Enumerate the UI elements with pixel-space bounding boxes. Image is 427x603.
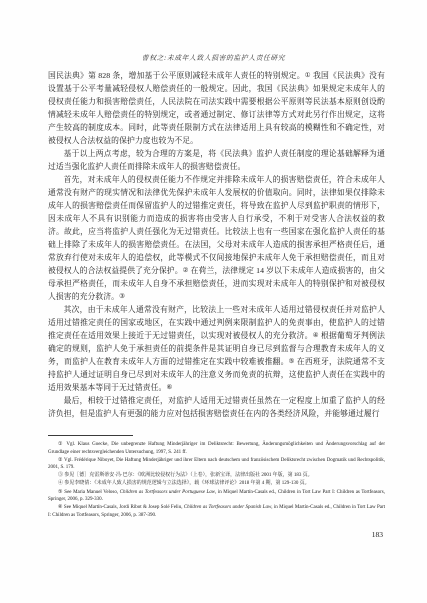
running-header: 曹权之:未成年人致人损害的监护人责任研究 [0,52,427,62]
text-run: ② Vgl. Frédérique Niboyet, Die Haftung M… [48,458,385,471]
text-run: 我国《民法典》没有设置基于公平考量减轻侵权人赔偿责任的一般规定。因此，我国《民法… [48,71,385,145]
text-run: ⑥ See Miquel Martín-Casals, Jordi Ribot … [58,505,184,510]
paragraph: 首先，对未成年人的侵权责任能力不作规定并排除未成年人的损害赔偿责任，符合未成年人… [48,173,385,303]
paragraph: 最后，相较于过错推定责任，对监护人适用无过错责任虽然在一定程度上加重了监护人的经… [48,394,385,420]
footnote: ④ 参见李晓倩：《未成年人致人损害的规范逻辑与立法选择》，载《环球法律评论》20… [48,480,385,488]
paragraph: 其次，由于未成年人通常没有财产，比较法上一些对未成年人适用过错侵权责任并对监护人… [48,303,385,394]
footnote: ③ 参见［德］克雷斯蒂安·冯·巴尔：《欧洲比较侵权行为法》（上卷），张新宝译，法… [48,472,385,480]
text-run: 最后，相较于过错推定责任，对监护人适用无过错责任虽然在一定程度上加重了监护人的经… [48,396,385,418]
text-run: Children as Tortfeasors under Spanish La… [184,505,271,510]
footnote: ① Vgl. Klaus Goecke, Die unbegrenzte Haf… [48,441,385,456]
footnote: ⑥ See Miquel Martín-Casals, Jordi Ribot … [48,504,385,519]
paragraph: 基于以上两点考虑，较为合理的方案是，将《民法典》监护人责任制度的理论基础解释为通… [48,147,385,173]
footnote: ② Vgl. Frédérique Niboyet, Die Haftung M… [48,457,385,472]
footnotes: ① Vgl. Klaus Goecke, Die unbegrenzte Haf… [48,441,385,520]
footnote-separator [48,435,133,436]
text-run: ① Vgl. Klaus Goecke, Die unbegrenzte Haf… [48,442,385,455]
footnote-ref: ③ [119,293,125,300]
text-run: Children as Tortfeasors under Portuguese… [120,490,215,495]
page-number: 183 [372,530,383,539]
text-run: ④ 参见李晓倩：《未成年人致人损害的规范逻辑与立法选择》，载《环球法律评论》20… [58,481,310,486]
paragraph: 国民法典》第 828 条，增加基于公平原则减轻未成年人责任的特别规定。① 我国《… [48,69,385,147]
book-page: 曹权之:未成年人致人损害的监护人责任研究 国民法典》第 828 条，增加基于公平… [0,0,427,603]
text-run: 基于以上两点考虑，较为合理的方案是，将《民法典》监护人责任制度的理论基础解释为通… [48,149,385,171]
text-run: 首先，对未成年人的侵权责任能力不作规定并排除未成年人的损害赔偿责任，符合未成年人… [48,175,385,275]
text-run: 国民法典》第 828 条，增加基于公平原则减轻未成年人责任的特别规定。 [48,71,305,80]
footnote-ref: ⑥ [166,384,172,391]
text-run: ⑤ See Maria Manuel Veloso, [58,490,120,495]
footnote: ⑤ See Maria Manuel Veloso, Children as T… [48,489,385,504]
text-run: ③ 参见［德］克雷斯蒂安·冯·巴尔：《欧洲比较侵权行为法》（上卷），张新宝译，法… [58,473,313,478]
body-text: 国民法典》第 828 条，增加基于公平原则减轻未成年人责任的特别规定。① 我国《… [48,69,385,420]
